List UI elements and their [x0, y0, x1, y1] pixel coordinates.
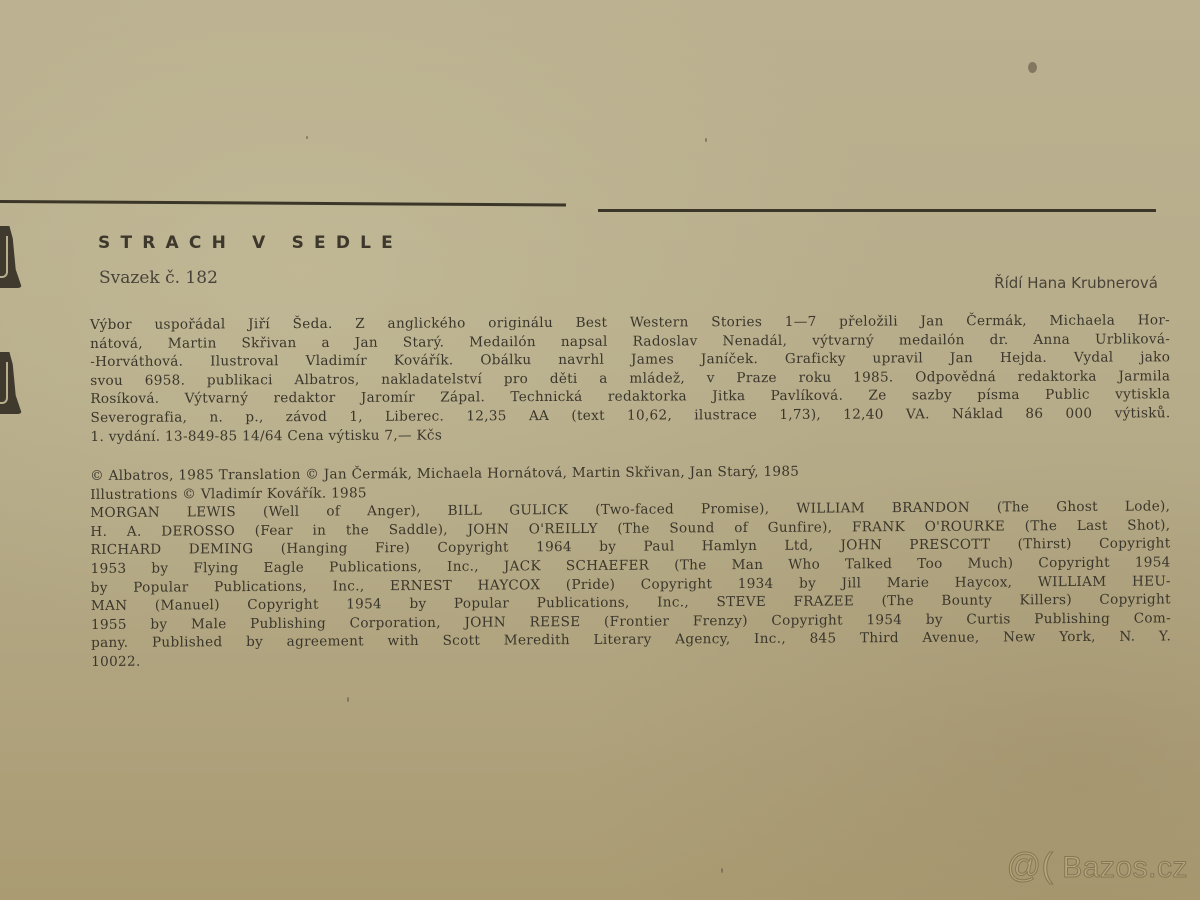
- paper-speck: [347, 697, 349, 702]
- copyright-paragraph: © Albatros, 1985 Translation © Jan Čermá…: [90, 460, 1171, 671]
- paper-speck: [306, 136, 308, 139]
- bazos-watermark: @( Bazos.cz: [1007, 847, 1188, 886]
- page-tab-marker-icon: [0, 352, 22, 414]
- watermark-text: Bazos.cz: [1062, 851, 1188, 884]
- volume-number: Svazek č. 182: [99, 268, 218, 288]
- series-editor: Řídí Hana Krubnerová: [994, 274, 1158, 292]
- divider-rule-right: [598, 209, 1156, 212]
- bazos-logo-icon: @(: [1007, 847, 1054, 885]
- paper-speck: [1028, 62, 1037, 73]
- imprint-paragraph: Výbor uspořádal Jiří Šeda. Z anglického …: [90, 311, 1171, 446]
- divider-rule-left: [0, 200, 566, 206]
- imprint-line: 1. vydání. 13-849-85 14/64 Cena výtisku …: [90, 423, 1170, 446]
- paper-speck: [721, 868, 723, 873]
- book-title: STRACH V SEDLE: [98, 233, 403, 253]
- page-tab-marker-icon: [0, 226, 22, 288]
- paper-speck: [705, 138, 707, 142]
